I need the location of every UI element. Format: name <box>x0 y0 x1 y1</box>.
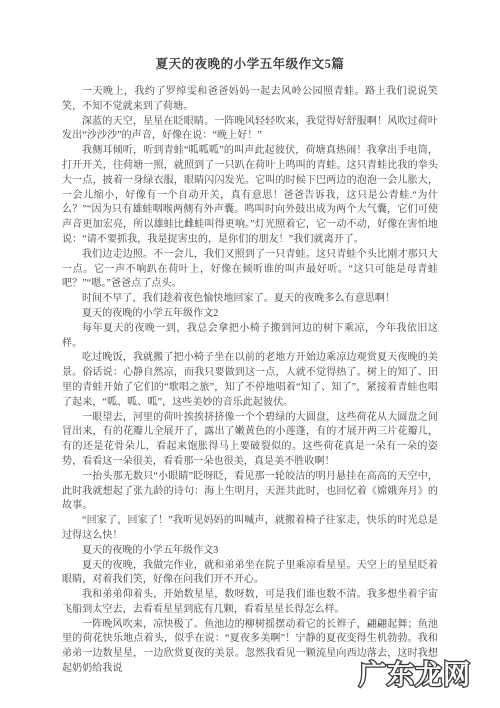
document-page: 夏天的夜晚的小学五年级作文5篇 一天晚上，我约了罗绰雯和爸爸妈妈一起去风岭公园照… <box>0 0 500 708</box>
essay-paragraph: 一眼望去，河里的荷叶挨挨挤挤像一个个碧绿的大圆盘，这些荷花从大圆盘之间冒出来，有… <box>62 411 438 470</box>
essay-paragraph: 每年夏天的夜晚一到，我总会拿把小椅子搬到河边的树下乘凉，今年我依旧这样。 <box>62 322 438 352</box>
essay-content: 一天晚上，我约了罗绰雯和爸爸妈妈一起去风岭公园照青蛙。路上我们说说笑笑，不知不觉… <box>62 85 438 677</box>
essay-paragraph: “回家了，回家了！”我听见妈妈的叫喊声，就搬着椅子往家走，快乐的时光总是过得这么… <box>62 514 438 544</box>
section-heading: 夏天的夜晚的小学五年级作文2 <box>62 307 438 322</box>
essay-paragraph: 一抬头那无数只“小眼睛”眨呀眨，看见那一轮皎洁的明月悬挂在高高的天空中，此时我就… <box>62 470 438 514</box>
essay-paragraph: 我和弟弟仰着头，开始数星星，数呀数，可是我们谁也数不清。我多想坐着宇宙飞船到太空… <box>62 588 438 618</box>
essay-paragraph: 深蓝的天空，星星在眨眼睛。一阵晚风轻轻吹来，我觉得好舒服啊！风吹过荷叶发出“沙沙… <box>62 115 438 145</box>
essay-paragraph: 我们边走边照。不一会儿，我们又照到了一只青蛙。这只青蛙个头比刚才那只大一点。它一… <box>62 248 438 292</box>
watermark-logo: 广东龙网 <box>359 653 471 692</box>
essay-paragraph: 时间不早了，我们趁着夜色愉快地回家了。夏天的夜晚多么有意思啊！ <box>62 292 438 307</box>
section-heading: 夏天的夜晚的小学五年级作文3 <box>62 544 438 559</box>
essay-paragraph: 夏天的夜晚，我做完作业，就和弟弟坐在院子里乘凉看星星。天空上的星星眨着眼睛，对着… <box>62 559 438 589</box>
essay-paragraph: 吃过晚饭，我就搬了把小椅子坐在以前的老地方开始边乘凉边观赏夏天夜晚的美景。俗话说… <box>62 351 438 410</box>
essay-paragraph: 一天晚上，我约了罗绰雯和爸爸妈妈一起去风岭公园照青蛙。路上我们说说笑笑，不知不觉… <box>62 85 438 115</box>
page-title: 夏天的夜晚的小学五年级作文5篇 <box>62 0 438 72</box>
essay-paragraph: 我侧耳倾听，听到青蛙“呱呱呱”的叫声此起彼伏，荷塘真热闹！我拿出手电筒，打开开关… <box>62 144 438 248</box>
